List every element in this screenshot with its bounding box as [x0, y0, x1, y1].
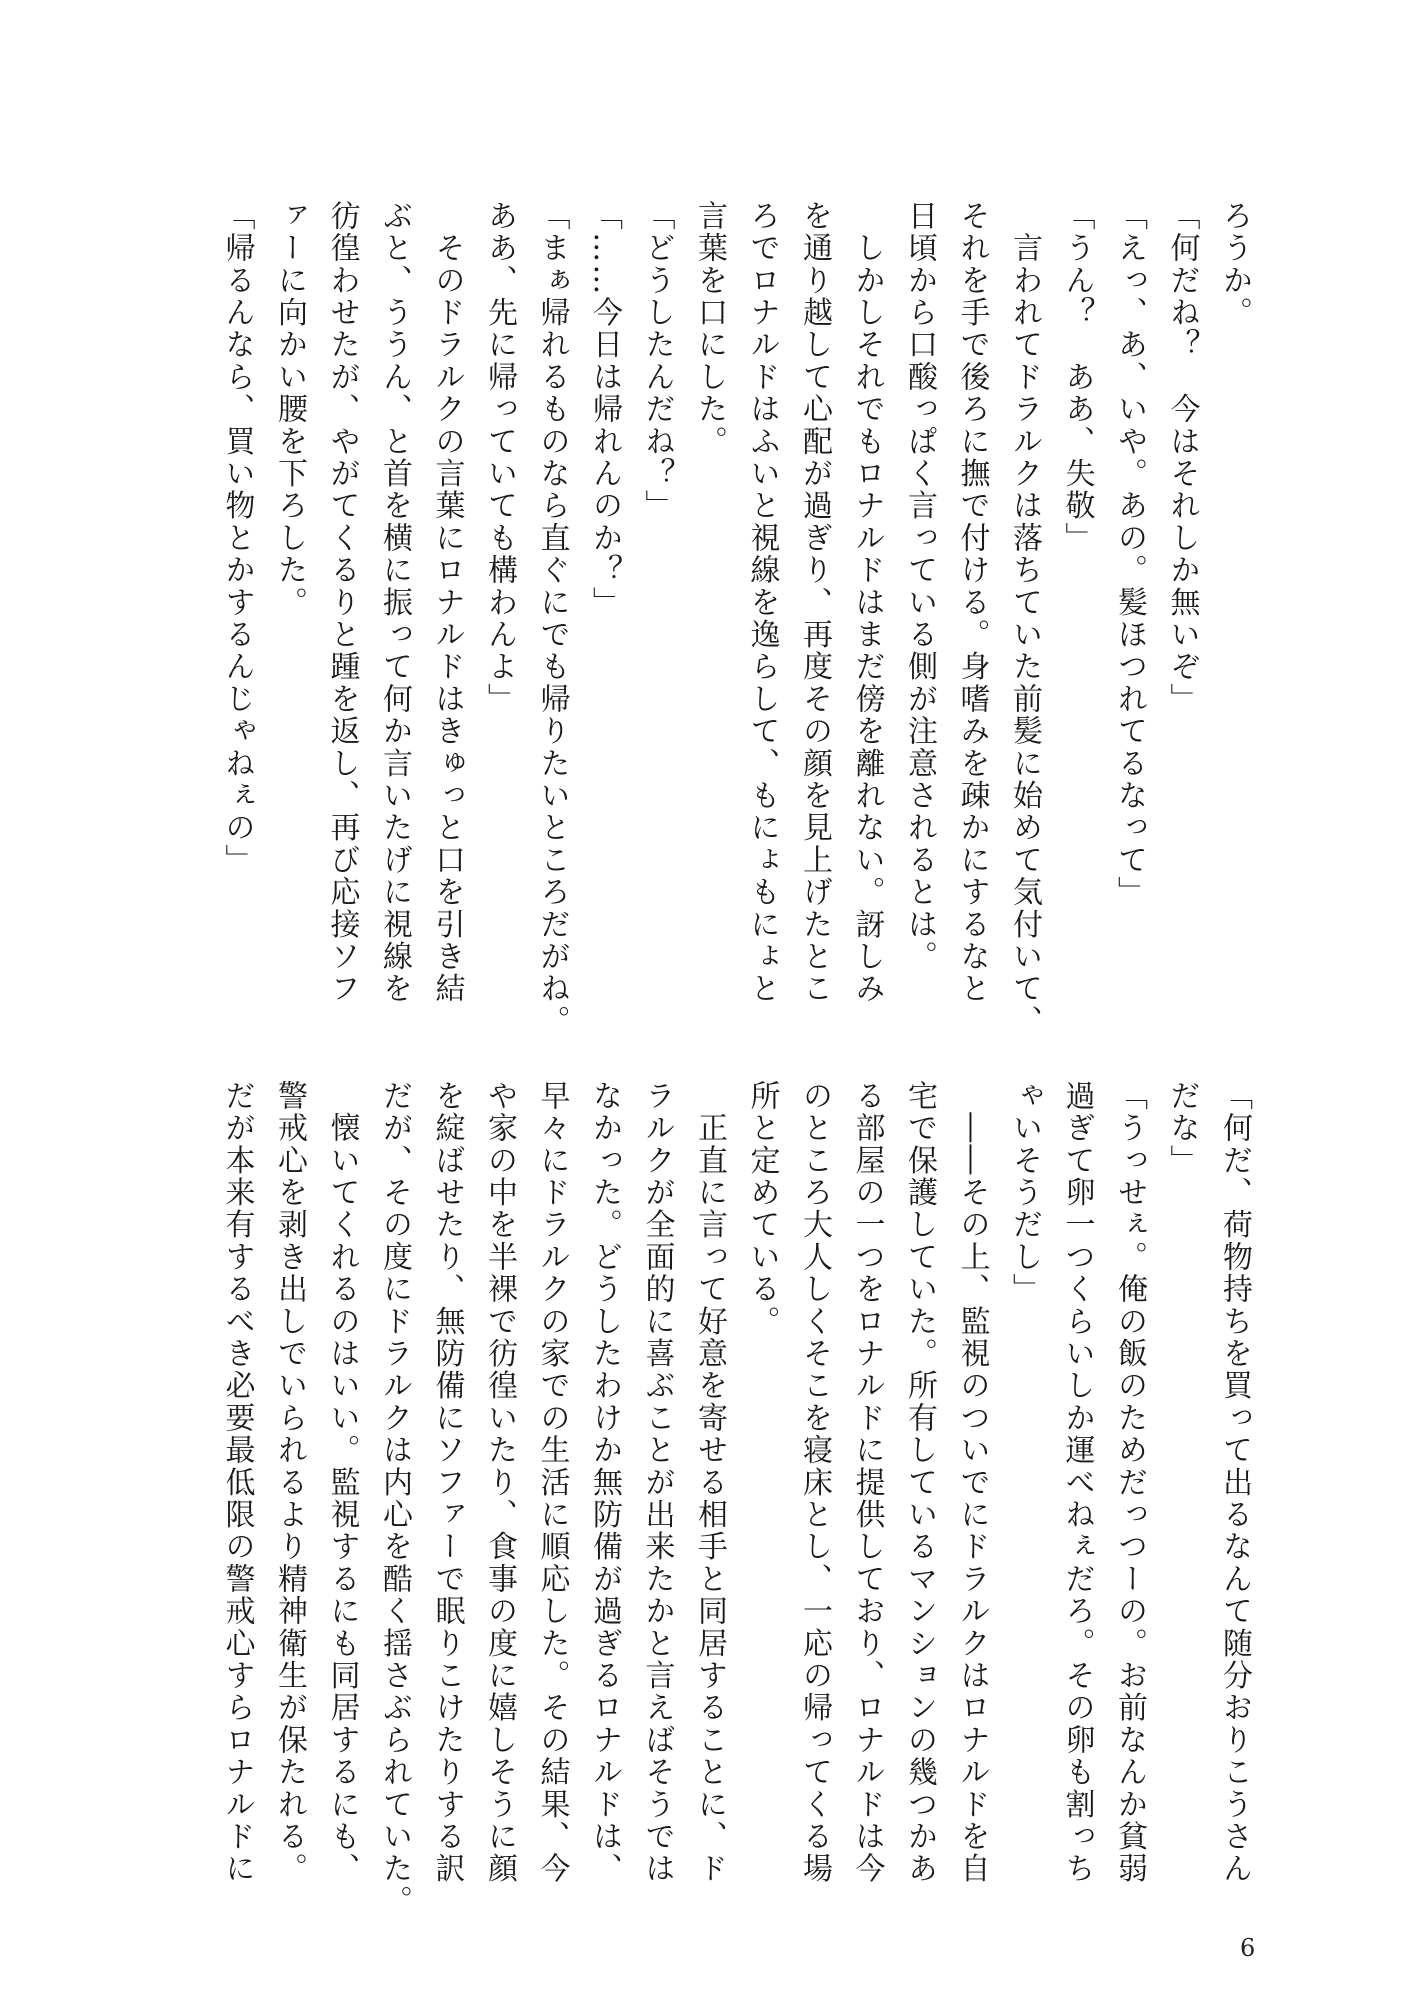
- text-line: 宅で保護していた。所有しているマンションの幾つかあ: [893, 1080, 946, 1780]
- text-line: や家の中を半裸で彷徨いたり、食事の度に嬉しそうに顔: [473, 1080, 526, 1780]
- text-line: 「何だ、荷物持ちを買って出るなんて随分おりこうさん: [1208, 1080, 1261, 1780]
- text-line: ラルクが全面的に喜ぶことが出来たかと言えばそうでは: [630, 1080, 683, 1780]
- text-line: 言葉を口にした。: [683, 200, 736, 900]
- text-line: 言われてドラルクは落ちていた前髪に始めて気付いて、: [998, 200, 1051, 900]
- text-line: それを手で後ろに撫で付ける。身嗜みを疎かにするなと: [945, 200, 998, 900]
- text-line: 「……今日は帰れんのか？」: [578, 200, 631, 900]
- page-number: 6: [1240, 1934, 1255, 1962]
- text-block-bottom: 「何だ、荷物持ちを買って出るなんて随分おりこうさんだな」「うっせぇ。俺の飯のため…: [210, 1080, 1260, 1780]
- text-line: 早々にドラルクの家での生活に順応した。その結果、今: [525, 1080, 578, 1780]
- text-line: 所と定めている。: [735, 1080, 788, 1780]
- text-line: を綻ばせたり、無防備にソファーで眠りこけたりする訳: [420, 1080, 473, 1780]
- text-line: だな」: [1155, 1080, 1208, 1780]
- text-line: ァーに向かい腰を下ろした。: [263, 200, 316, 900]
- text-line: 「うっせぇ。俺の飯のためだっつーの。お前なんか貧弱: [1103, 1080, 1156, 1780]
- document-page: ろうか。「何だね？ 今はそれしか無いぞ」「えっ、あ、いや。あの。髪ほつれてるなっ…: [0, 0, 1428, 1999]
- text-line: 彷徨わせたが、やがてくるりと踵を返し、再び応接ソフ: [315, 200, 368, 900]
- text-line: 懐いてくれるのはいい。監視するにも同居するにも、: [315, 1080, 368, 1780]
- text-line: ああ、先に帰っていても構わんよ」: [473, 200, 526, 900]
- text-line: そのドラルクの言葉にロナルドはきゅっと口を引き結: [420, 200, 473, 900]
- text-line: なかった。どうしたわけか無防備が過ぎるロナルドは、: [578, 1080, 631, 1780]
- text-block-top: ろうか。「何だね？ 今はそれしか無いぞ」「えっ、あ、いや。あの。髪ほつれてるなっ…: [210, 200, 1260, 900]
- text-line: 過ぎて卵一つくらいしか運べねぇだろ。その卵も割っち: [1050, 1080, 1103, 1780]
- text-line: を通り越して心配が過ぎり、再度その顔を見上げたとこ: [788, 200, 841, 900]
- text-line: ろうか。: [1208, 200, 1261, 900]
- text-line: 「うん？ ああ、失敬」: [1050, 200, 1103, 900]
- text-line: しかしそれでもロナルドはまだ傍を離れない。訝しみ: [840, 200, 893, 900]
- text-line: 「まぁ帰れるものなら直ぐにでも帰りたいところだがね。: [525, 200, 578, 900]
- text-line: 「どうしたんだね？」: [630, 200, 683, 900]
- text-line: 「えっ、あ、いや。あの。髪ほつれてるなって」: [1103, 200, 1156, 900]
- text-line: ――その上、監視のついでにドラルクはロナルドを自: [945, 1080, 998, 1780]
- text-line: ろでロナルドはふいと視線を逸らして、もにょもにょと: [735, 200, 788, 900]
- text-line: 正直に言って好意を寄せる相手と同居することに、ド: [683, 1080, 736, 1780]
- text-line: 日頃から口酸っぱく言っている側が注意されるとは。: [893, 200, 946, 900]
- text-line: 警戒心を剥き出しでいられるより精神衛生が保たれる。: [263, 1080, 316, 1780]
- text-line: ゃいそうだし」: [998, 1080, 1051, 1780]
- text-line: る部屋の一つをロナルドに提供しており、ロナルドは今: [840, 1080, 893, 1780]
- text-line: だが本来有するべき必要最低限の警戒心すらロナルドに: [210, 1080, 263, 1780]
- text-line: ぶと、ううん、と首を横に振って何か言いたげに視線を: [368, 200, 421, 900]
- text-line: だが、その度にドラルクは内心を酷く揺さぶられていた。: [368, 1080, 421, 1780]
- text-line: 「何だね？ 今はそれしか無いぞ」: [1155, 200, 1208, 900]
- text-line: 「帰るんなら、買い物とかするんじゃねぇの」: [210, 200, 263, 900]
- text-line: のところ大人しくそこを寝床とし、一応の帰ってくる場: [788, 1080, 841, 1780]
